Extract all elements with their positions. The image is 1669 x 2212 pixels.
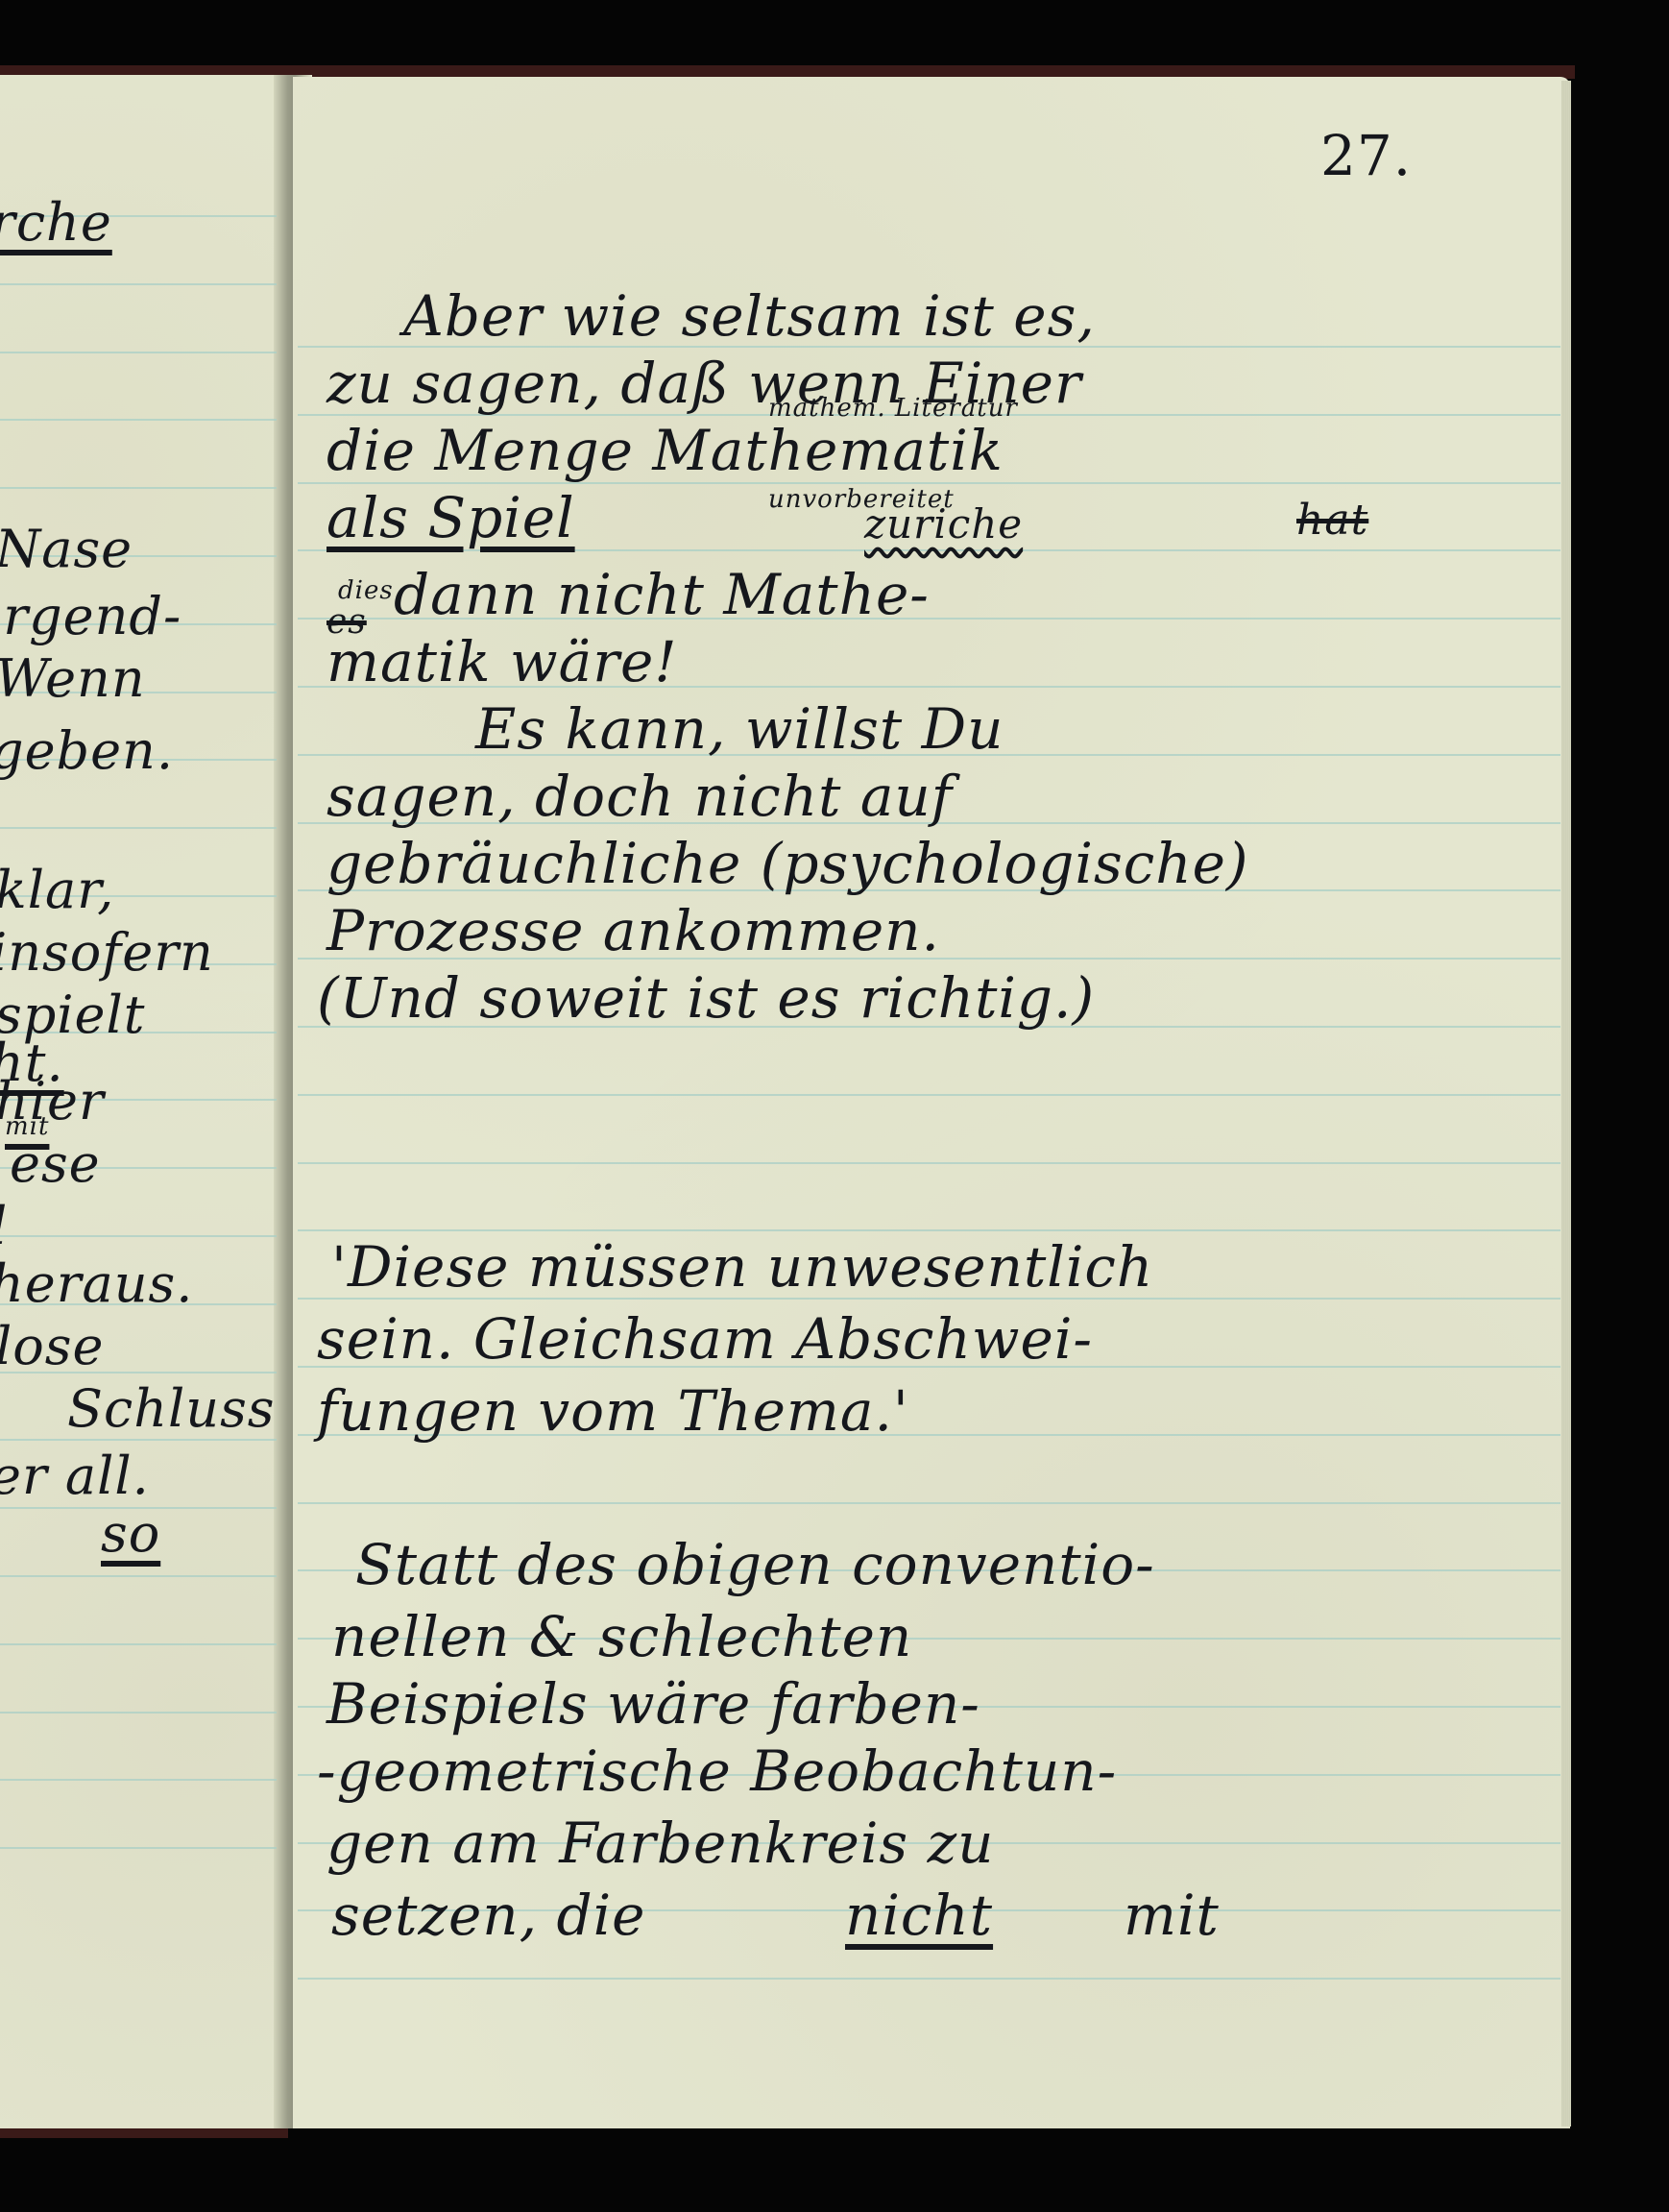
left-fragment: rche bbox=[0, 197, 112, 249]
left-fragment: insofern bbox=[0, 927, 214, 979]
left-fragment: geben. bbox=[0, 725, 174, 777]
page-stack-edge bbox=[1561, 81, 1571, 2127]
text-struck: hat bbox=[1296, 499, 1368, 542]
left-fragment: Schluss bbox=[67, 1383, 276, 1435]
left-fragment: so bbox=[101, 1508, 160, 1560]
text-line: sagen, doch nicht auf bbox=[327, 768, 953, 824]
ruled-line bbox=[0, 283, 277, 285]
ruled-line bbox=[0, 419, 277, 421]
text-line: sein. Gleichsam Abschwei- bbox=[317, 1311, 1093, 1367]
ruled-line bbox=[0, 1779, 277, 1781]
text-line: dann nicht Mathe- bbox=[394, 567, 930, 622]
left-fragment: lose bbox=[0, 1321, 104, 1373]
ruled-line bbox=[0, 1235, 277, 1237]
left-fragment: Wenn bbox=[0, 653, 146, 705]
text-line: fungen vom Thema.' bbox=[317, 1383, 909, 1439]
ruled-line bbox=[0, 1847, 277, 1849]
ruled-line bbox=[0, 1712, 277, 1714]
text-line: -geometrische Beobachtun- bbox=[317, 1743, 1117, 1799]
left-fragment: heraus. bbox=[0, 1258, 193, 1310]
text-line: matik wäre! bbox=[327, 634, 678, 690]
text-line: gen am Farbenkreis zu bbox=[327, 1815, 995, 1871]
text-line: nellen & schlechten bbox=[331, 1609, 912, 1665]
ruled-line bbox=[0, 1575, 277, 1577]
text-line: Aber wie seltsam ist es, bbox=[403, 288, 1096, 344]
text-line: Beispiels wäre farben- bbox=[327, 1676, 980, 1732]
ruled-line bbox=[298, 1094, 1560, 1096]
text-line: Statt des obigen conventio- bbox=[355, 1537, 1155, 1592]
ruled-line bbox=[0, 827, 277, 829]
left-fragment: klar, bbox=[0, 864, 114, 916]
left-fragment: l bbox=[0, 1201, 8, 1252]
ruled-line bbox=[0, 487, 277, 489]
text-underlined: nicht bbox=[845, 1887, 993, 1943]
text-line: gebräuchliche (psychologische) bbox=[327, 836, 1249, 891]
text-line: Prozesse ankommen. bbox=[327, 903, 940, 959]
text-wavy-underline: zuriche bbox=[864, 504, 1023, 545]
text-line: 'Diese müssen unwesentlich bbox=[331, 1239, 1153, 1295]
text-line: (Und soweit ist es richtig.) bbox=[317, 970, 1095, 1026]
ruled-line bbox=[0, 1643, 277, 1645]
text-line: Es kann, willst Du bbox=[475, 701, 1004, 757]
insertion-note: dies bbox=[338, 576, 394, 605]
text-line: die Menge Mathematik bbox=[327, 423, 1004, 478]
left-fragment: er all. bbox=[0, 1450, 150, 1502]
left-fragment: Nase bbox=[0, 523, 133, 575]
left-fragment: irgend- bbox=[0, 591, 181, 643]
left-fragment: ese bbox=[10, 1138, 101, 1190]
text-line: mit bbox=[1124, 1887, 1220, 1943]
page-number: 27. bbox=[1320, 123, 1412, 188]
ruled-line bbox=[298, 1162, 1560, 1164]
ruled-line bbox=[298, 1502, 1560, 1504]
text-underlined: als Spiel bbox=[327, 490, 575, 546]
ruled-line bbox=[0, 352, 277, 353]
ruled-line bbox=[298, 1978, 1560, 1980]
ruled-line bbox=[298, 1229, 1560, 1231]
ruled-line bbox=[0, 1439, 277, 1441]
text-line: setzen, die bbox=[331, 1887, 646, 1943]
